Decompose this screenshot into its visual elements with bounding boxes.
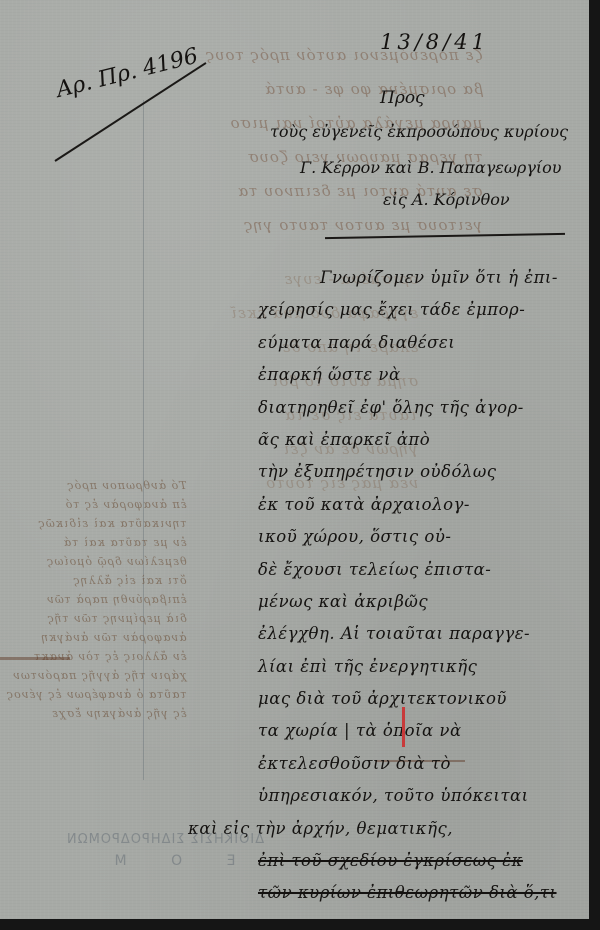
body-line: μένως καὶ ἀκριβῶς xyxy=(258,586,588,618)
body-line: ικοῦ χώρου, ὅστις οὐ- xyxy=(258,521,588,553)
salutation-prefix: Προς xyxy=(380,88,425,108)
body-line: ᾶς καὶ ἐπαρκεῖ ἀπὸ xyxy=(258,424,588,456)
body-line: ἐλέγχθη. Αἱ τοιαῦται παραγγε- xyxy=(258,618,588,650)
red-pencil-mark xyxy=(402,707,405,747)
body-line: λίαι ἐπὶ τῆς ἐνεργητικῆς xyxy=(258,651,588,683)
addressee-line-3: εἰς Α. Κόρινθον xyxy=(383,190,510,209)
body-line-struck: τῶν κυρίων ἐπιθεωρητῶν διὰ ὅ,τι xyxy=(258,877,588,909)
body-line: μας διὰ τοῦ ἀρχιτεκτονικοῦ xyxy=(258,683,588,715)
addressee-line-2: Γ. Κέρρον καὶ Β. Παπαγεωργίου xyxy=(300,158,562,177)
stamp-subtext: Ε Ο Μ xyxy=(65,853,265,869)
faded-stamp: ΔΙΟΙΚΗΣΙΣ ΣΙΔΗΡΟΔΡΟΜΩΝ Ε Ο Μ xyxy=(65,832,265,869)
letter-page: ζε πορευόμενοι αυτόν πρός τους βα ορισμέ… xyxy=(0,0,589,919)
body-line: Γνωρίζομεν ὑμῖν ὅτι ἡ ἐπι- xyxy=(258,262,588,294)
body-line: ὑπηρεσιακόν, τοῦτο ὑπόκειται xyxy=(258,780,588,812)
body-line-struck: ἐπὶ τοῦ σχεδίου ἐγκρίσεως ἐκ xyxy=(258,845,588,877)
body-line: χείρησίς μας ἔχει τάδε ἐμπορ- xyxy=(258,294,588,326)
body-line: ἐκτελεσθοῦσιν διὰ τὸ xyxy=(258,748,588,780)
body-line: εύματα παρά διαθέσει xyxy=(258,327,588,359)
stamp-text: ΔΙΟΙΚΗΣΙΣ ΣΙΔΗΡΟΔΡΟΜΩΝ xyxy=(65,832,265,847)
body-line: τα χωρία | τὰ ὁποῖα νὰ xyxy=(258,715,588,747)
body-line: δὲ ἔχουσι τελείως ἐπιστα- xyxy=(258,554,588,586)
body-line: τὴν ἐξυπηρέτησιν οὐδόλως xyxy=(258,456,588,488)
addressee-line-1: τοὺς εὐγενεῖς ἐκπροσώπους κυρίους xyxy=(270,122,568,141)
body-line: ἐπαρκή ὥστε νὰ xyxy=(258,359,588,391)
reverse-side-bleed-through-margin: Τό ἀνθρωπον πρός ἐπ ἀναφορὰν ἐς τό τηνικ… xyxy=(6,476,187,723)
ink-blot xyxy=(0,657,70,660)
body-line: διατηρηθεῖ ἐφ' ὅλης τῆς ἀγορ- xyxy=(258,392,588,424)
body-line: ἐκ τοῦ κατὰ ἀρχαιολογ- xyxy=(258,489,588,521)
reference-number: Αρ. Πρ. 4196 xyxy=(54,44,201,103)
letter-date: 13/8/41 xyxy=(380,30,489,54)
letter-body: Γνωρίζομεν ὑμῖν ὅτι ἡ ἐπι- χείρησίς μας … xyxy=(258,262,588,910)
